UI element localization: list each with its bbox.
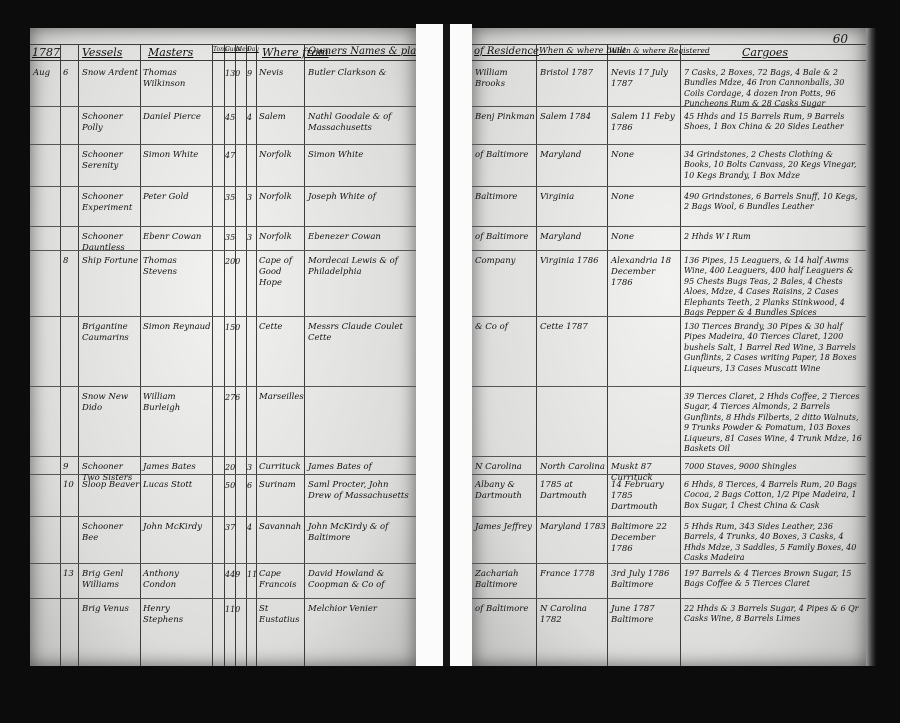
entry-when-built: Virginia [540,192,606,203]
row-rule [472,250,866,251]
entry-men: 3 [247,192,257,203]
row-rule [30,386,416,387]
entry-cargo: 136 Pipes, 15 Leaguers, & 14 half Awms W… [684,256,862,318]
header-cargoes: Cargoes [742,46,788,59]
header-bottom-rule [30,60,416,61]
entry-owner: Joseph White of [308,192,412,203]
row-rule [472,598,866,599]
entry-tons: 449 [225,569,237,580]
entry-when-registered: None [611,192,679,203]
entry-when-registered: Salem 11 Feby 1786 [611,112,679,134]
entry-vessel: Brigantine Caumarins [82,322,140,344]
column-divider [78,44,79,666]
header-top-rule [30,44,416,45]
entry-month: Aug [33,68,50,79]
entry-cargo: 490 Grindstones, 6 Barrels Snuff, 10 Keg… [684,192,862,213]
row-rule [472,386,866,387]
entry-where-from: Marseilles [259,392,304,403]
entry-vessel: Snow New Dido [82,392,140,414]
row-rule [30,563,416,564]
entry-day: 9 [63,462,77,473]
entry-where-from: Cette [259,322,304,333]
entry-when-built: N Carolina 1782 [540,604,606,626]
header-when-registered: When & where Registered [609,46,710,55]
entry-vessel: Schooner Serenity [82,150,140,172]
column-divider [212,44,213,666]
entry-cargo: 22 Hhds & 3 Barrels Sugar, 4 Pipes & 6 Q… [684,604,862,625]
row-rule [30,516,416,517]
row-rule [472,186,866,187]
row-rule [472,456,866,457]
entry-tons: 35 [225,192,237,203]
entry-men: 6 [247,480,257,491]
entry-vessel: Brig Genl Williams [82,569,140,591]
entry-tons: 20 [225,462,237,473]
entry-when-built: Salem 1784 [540,112,606,123]
entry-residence: of Baltimore [475,232,535,243]
entry-residence: N Carolina [475,462,535,473]
entry-vessel: Schooner Dauntless [82,232,140,254]
entry-master: Simon Reynaud [143,322,211,333]
entry-vessel: Sloop Beaver [82,480,140,491]
entry-day: 13 [63,569,77,580]
entry-day: 8 [63,256,77,267]
entry-owner: David Howland & Coopman & Co of [308,569,412,591]
entry-when-registered: None [611,150,679,161]
entry-residence: James Jeffrey [475,522,535,533]
entry-when-registered: 3rd July 1786 Baltimore [611,569,679,591]
entry-where-from: Cape of Good Hope [259,256,304,289]
entry-when-built: Bristol 1787 [540,68,606,79]
row-rule [472,226,866,227]
column-divider [304,44,305,666]
row-rule [472,516,866,517]
entry-men: 3 [247,462,257,473]
entry-when-registered: Alexandria 18 December 1786 [611,256,679,289]
row-rule [30,598,416,599]
entry-where-from: St Eustatius [259,604,304,626]
entry-cargo: 2 Hhds W I Rum [684,232,862,242]
entry-vessel: Ship Fortune [82,256,140,267]
entry-when-built: 1785 at Dartmouth [540,480,606,502]
entry-cargo: 7000 Staves, 9000 Shingles [684,462,862,472]
row-rule [30,186,416,187]
entry-day: 6 [63,68,77,79]
entry-master: Ebenr Cowan [143,232,211,243]
entry-men: 11 [247,569,257,580]
entry-owner: Ebenezer Cowan [308,232,412,243]
entry-residence: William Brooks [475,68,535,90]
row-rule [30,226,416,227]
row-rule [30,144,416,145]
page-edge [866,28,876,666]
entry-residence: Benj Pinkman [475,112,535,123]
entry-vessel: Brig Venus [82,604,140,615]
entry-cargo: 34 Grindstones, 2 Chests Clothing & Book… [684,150,862,181]
entry-tons: 35 [225,232,237,243]
entry-cargo: 197 Barrels & 4 Tierces Brown Sugar, 15 … [684,569,862,590]
entry-where-from: Cape Francois [259,569,304,591]
entry-when-registered: 14 February 1785 Dartmouth [611,480,679,513]
entry-owner: Messrs Claude Coulet Cette [308,322,412,344]
entry-day: 10 [63,480,77,491]
entry-cargo: 6 Hhds, 8 Tierces, 4 Barrels Rum, 20 Bag… [684,480,862,511]
entry-when-registered: None [611,232,679,243]
row-rule [30,106,416,107]
entry-when-registered: Baltimore 22 December 1786 [611,522,679,555]
left-ledger-page: 1787 Vessels Masters Tons Guns Men Day W… [30,28,416,666]
entry-tons: 50 [225,480,237,491]
entry-when-registered: Nevis 17 July 1787 [611,68,679,90]
entry-tons: 130 [225,68,237,79]
row-rule [472,144,866,145]
entry-tons: 150 [225,322,237,333]
entry-cargo: 5 Hhds Rum, 343 Sides Leather, 236 Barre… [684,522,862,564]
entry-when-built: Virginia 1786 [540,256,606,267]
book-fold [443,24,450,666]
header-bottom-rule [472,60,866,61]
entry-when-built: France 1778 [540,569,606,580]
entry-when-built: North Carolina [540,462,606,473]
header-day: Day [247,46,259,53]
entry-where-from: Norfolk [259,192,304,203]
header-year: 1787 [32,46,60,59]
entry-master: Henry Stephens [143,604,211,626]
entry-tons: 45 [225,112,237,123]
entry-where-from: Nevis [259,68,304,79]
entry-master: Anthony Condon [143,569,211,591]
entry-master: Daniel Pierce [143,112,211,123]
right-ledger-page: 60 of Residence When & where built When … [472,28,866,666]
header-owners: Owners Names & places [308,46,416,57]
entry-residence: of Baltimore [475,150,535,161]
entry-where-from: Currituck [259,462,304,473]
entry-men: 9 [247,68,257,79]
entry-residence: Albany & Dartmouth [475,480,535,502]
entry-vessel: Schooner Bee [82,522,140,544]
entry-men: 4 [247,522,257,533]
entry-residence: Baltimore [475,192,535,203]
entry-master: Thomas Stevens [143,256,211,278]
entry-where-from: Salem [259,112,304,123]
entry-master: John McKirdy [143,522,211,533]
entry-master: Peter Gold [143,192,211,203]
entry-master: James Bates [143,462,211,473]
entry-cargo: 7 Casks, 2 Boxes, 72 Bags, 4 Bale & 2 Bu… [684,68,862,110]
entry-when-registered: June 1787 Baltimore [611,604,679,626]
column-divider [536,44,537,666]
entry-master: Lucas Stott [143,480,211,491]
entry-tons: 37 [225,522,237,533]
entry-owner: Simon White [308,150,412,161]
entry-owner: Melchior Venier [308,604,412,615]
entry-cargo: 130 Tierces Brandy, 30 Pipes & 30 half P… [684,322,862,374]
entry-tons: 276 [225,392,237,403]
column-divider [60,44,61,666]
entry-owner: John McKirdy & of Baltimore [308,522,412,544]
page-gutter [450,24,472,666]
entry-master: Thomas Wilkinson [143,68,211,90]
entry-cargo: 45 Hhds and 15 Barrels Rum, 9 Barrels Sh… [684,112,862,133]
entry-where-from: Norfolk [259,150,304,161]
entry-tons: 47 [225,150,237,161]
entry-master: Simon White [143,150,211,161]
page-gutter [416,24,443,666]
entry-vessel: Schooner Experiment [82,192,140,214]
entry-when-built: Maryland [540,150,606,161]
entry-tons: 200 [225,256,237,267]
entry-where-from: Surinam [259,480,304,491]
row-rule [30,316,416,317]
entry-men: 3 [247,232,257,243]
entry-residence: Zachariah Baltimore [475,569,535,591]
header-vessels: Vessels [82,46,122,59]
entry-when-built: Maryland [540,232,606,243]
entry-when-built: Cette 1787 [540,322,606,333]
entry-residence: Company [475,256,535,267]
entry-where-from: Savannah [259,522,304,533]
entry-master: William Burleigh [143,392,211,414]
entry-owner: Mordecai Lewis & of Philadelphia [308,256,412,278]
entry-residence: & Co of [475,322,535,333]
entry-residence: of Baltimore [475,604,535,615]
entry-cargo: 39 Tierces Claret, 2 Hhds Coffee, 2 Tier… [684,392,862,454]
header-residence: of Residence [474,46,539,57]
entry-owner: James Bates of [308,462,412,473]
row-rule [30,456,416,457]
entry-owner: Saml Procter, John Drew of Massachusetts [308,480,412,502]
header-masters: Masters [148,46,193,59]
entry-vessel: Schooner Polly [82,112,140,134]
entry-owner: Butler Clarkson & [308,68,412,79]
entry-owner: Nathl Goodale & of Massachusetts [308,112,412,134]
entry-vessel: Snow Ardent [82,68,140,79]
entry-when-built: Maryland 1783 [540,522,606,533]
entry-where-from: Norfolk [259,232,304,243]
entry-men: 4 [247,112,257,123]
column-divider [607,44,608,666]
header-top-rule [472,44,866,45]
entry-tons: 110 [225,604,237,615]
column-divider [680,44,681,666]
column-divider [140,44,141,666]
